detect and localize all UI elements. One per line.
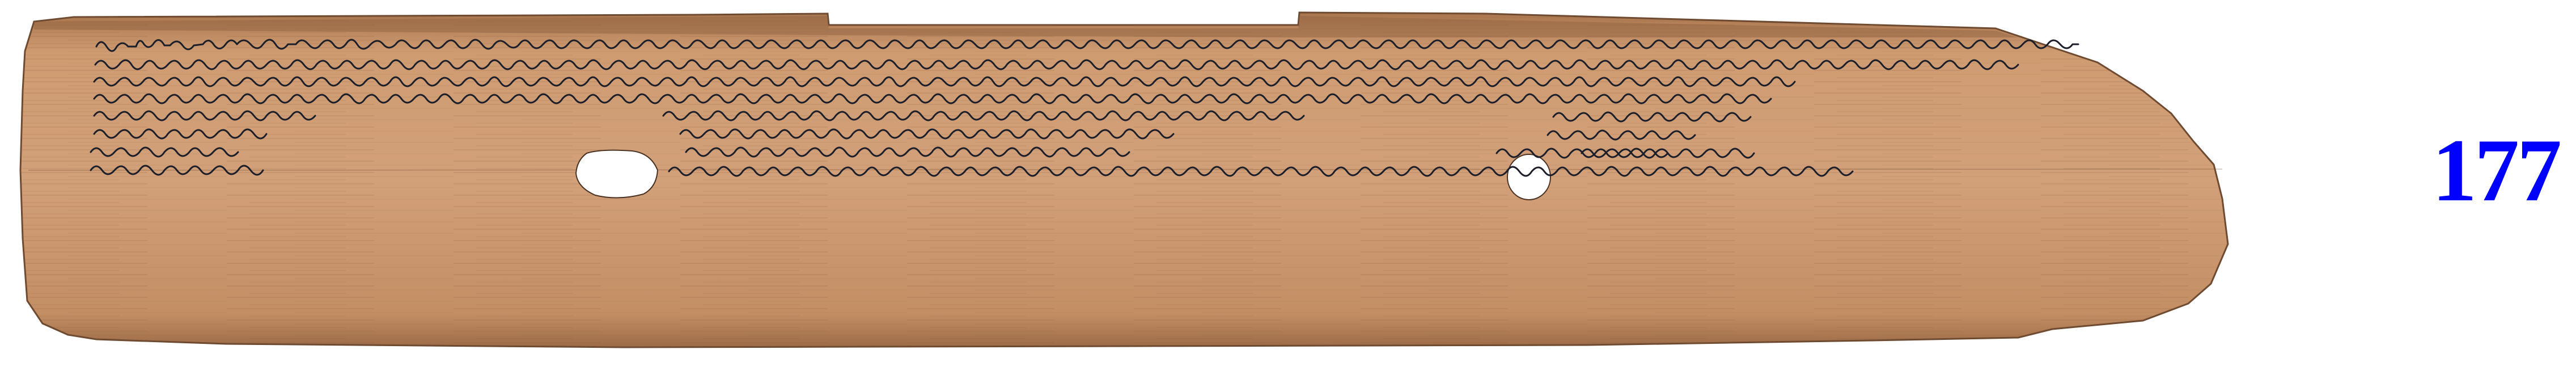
folio-number: 177 — [2432, 126, 2560, 216]
binding-hole-left — [576, 150, 658, 198]
palm-leaf — [0, 0, 2268, 366]
palm-leaf-manuscript — [0, 0, 2268, 366]
binding-hole-right — [1507, 154, 1550, 200]
